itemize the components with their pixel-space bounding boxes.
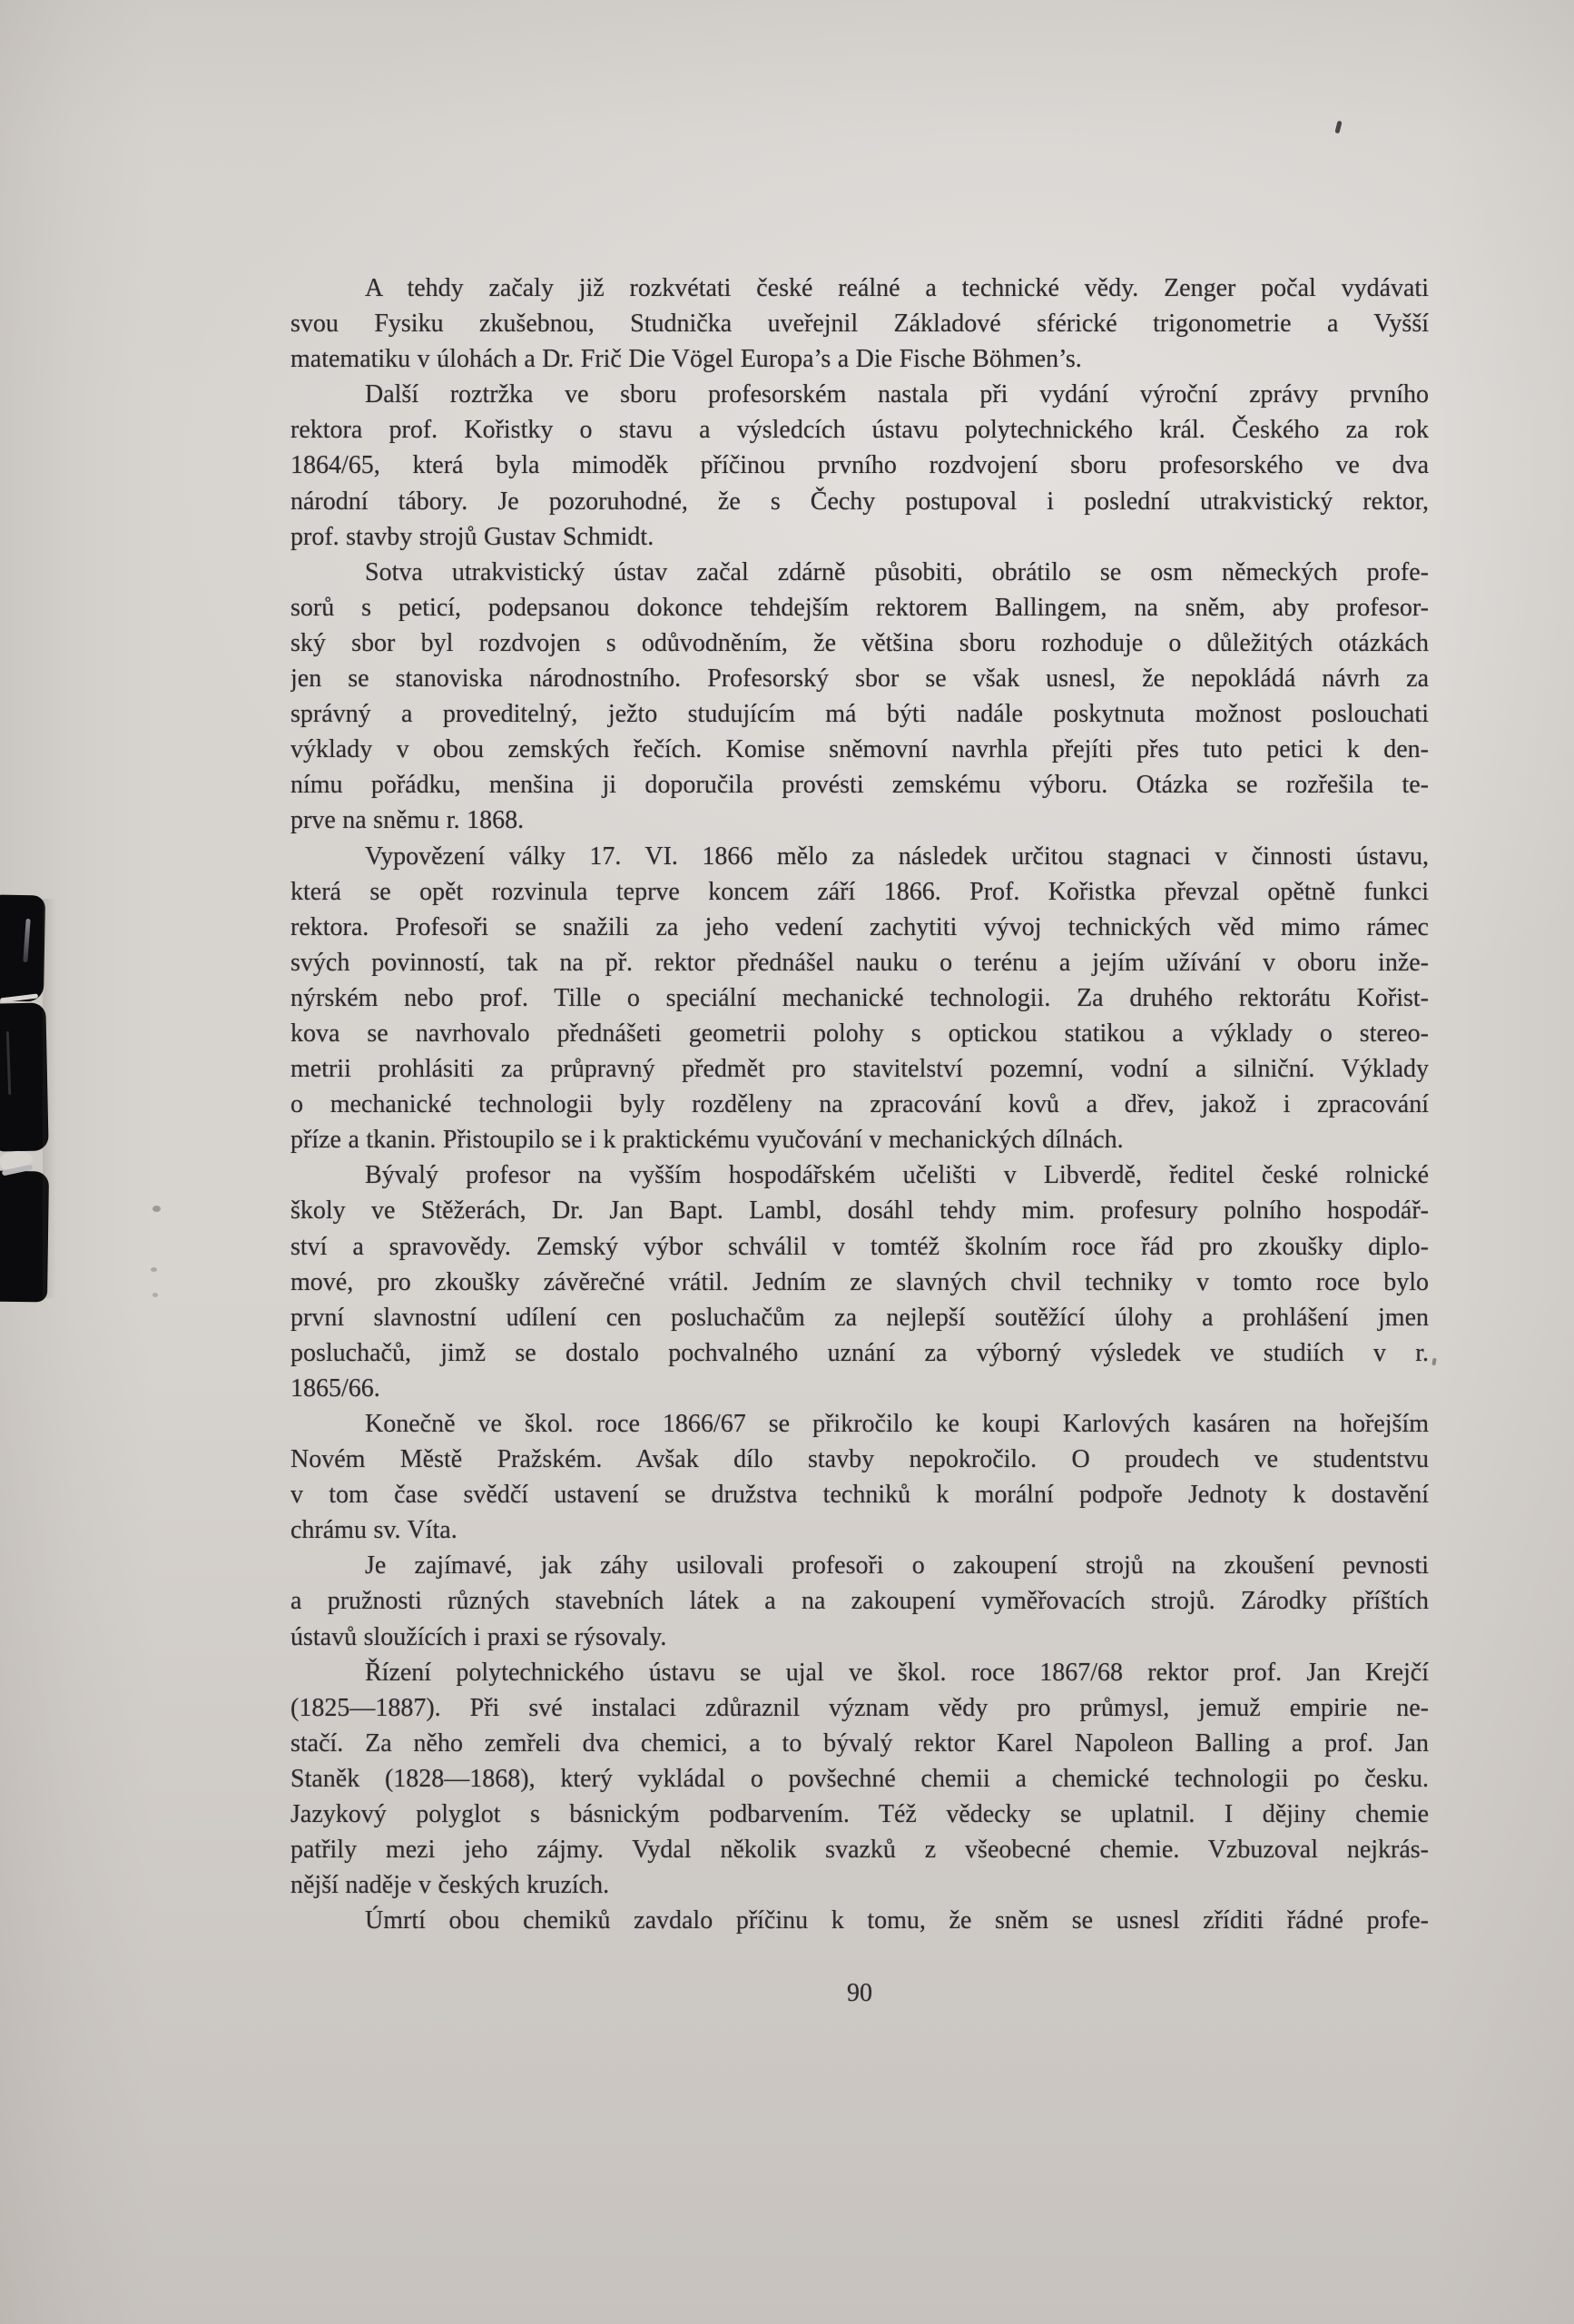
text-line: nější naděje v českých kruzích.	[290, 1867, 1429, 1903]
text-line: posluchačů, jimž se dostalo pochvalného …	[290, 1335, 1429, 1371]
text-line: patřily mezi jeho zájmy. Vydal několik s…	[290, 1832, 1429, 1867]
text-line: prve na sněmu r. 1868.	[290, 803, 1429, 838]
text-line: sorů s peticí, podepsanou dokonce tehdej…	[290, 590, 1429, 625]
ink-speck	[1431, 1358, 1436, 1366]
text-line: rektora. Profesoři se snažili za jeho ve…	[290, 910, 1429, 945]
book-page-photo: A tehdy začaly již rozkvétati české reál…	[0, 0, 1574, 2324]
text-line: nímu pořádku, menšina ji doporučila prov…	[290, 767, 1429, 803]
text-line: první slavnostní udílení cen posluchačům…	[290, 1300, 1429, 1335]
text-line: Úmrtí obou chemiků zavdalo příčinu k tom…	[290, 1903, 1429, 1938]
text-line: ský sbor byl rozdvojen s odůvodněním, že…	[290, 625, 1429, 661]
binder-clips	[0, 895, 56, 1304]
text-line: Je zajímavé, jak záhy usilovali profesoř…	[290, 1548, 1429, 1583]
page-number: 90	[290, 1975, 1429, 2011]
text-line: Další roztržka ve sboru profesorském nas…	[290, 377, 1429, 412]
text-line: jen se stanoviska národnostního. Profeso…	[290, 661, 1429, 696]
text-line: školy ve Stěžerách, Dr. Jan Bapt. Lambl,…	[290, 1193, 1429, 1228]
text-line: metrii prohlásiti za průpravný předmět p…	[290, 1051, 1429, 1087]
text-line: mové, pro zkoušky závěrečné vrátil. Jedn…	[290, 1265, 1429, 1300]
text-line: rektora prof. Kořistky o stavu a výsledc…	[290, 412, 1429, 448]
text-line: prof. stavby strojů Gustav Schmidt.	[290, 519, 1429, 555]
text-line: která se opět rozvinula teprve koncem zá…	[290, 874, 1429, 910]
text-line: Vypovězení války 17. VI. 1866 mělo za ná…	[290, 839, 1429, 874]
text-line: Řízení polytechnického ústavu se ujal ve…	[290, 1655, 1429, 1690]
paper-speck	[152, 1293, 158, 1297]
text-line: 1864/65, která byla mimoděk příčinou prv…	[290, 448, 1429, 483]
text-line: nýrském nebo prof. Tille o speciální mec…	[290, 980, 1429, 1016]
page-text-block: A tehdy začaly již rozkvétati české reál…	[290, 271, 1429, 1938]
text-line: ství a spravovědy. Zemský výbor schválil…	[290, 1229, 1429, 1265]
text-line: Novém Městě Pražském. Avšak dílo stavby …	[290, 1442, 1429, 1477]
paper-speck	[152, 1206, 161, 1212]
clip-shadow	[43, 899, 56, 1298]
text-line: svých povinností, tak na př. rektor před…	[290, 945, 1429, 980]
text-line: Konečně ve škol. roce 1866/67 se přikroč…	[290, 1406, 1429, 1442]
text-line: svou Fysiku zkušebnou, Studnička uveřejn…	[290, 306, 1429, 341]
binder-clip-bottom	[0, 1171, 49, 1303]
text-line: 1865/66.	[290, 1371, 1429, 1406]
text-line: výklady v obou zemských řečích. Komise s…	[290, 732, 1429, 767]
text-line: A tehdy začaly již rozkvétati české reál…	[290, 271, 1429, 306]
text-line: chrámu sv. Víta.	[290, 1512, 1429, 1548]
text-line: správný a proveditelný, ježto studujícím…	[290, 696, 1429, 732]
text-line: ústavů sloužících i praxi se rýsovaly.	[290, 1620, 1429, 1655]
text-line: matematiku v úlohách a Dr. Frič Die Vöge…	[290, 341, 1429, 377]
text-line: Jazykový polyglot s básnickým podbarvení…	[290, 1797, 1429, 1832]
binder-clip-top	[0, 895, 45, 1002]
text-line: a pružnosti různých stavebních látek a n…	[290, 1583, 1429, 1619]
text-line: Staněk (1828—1868), který vykládal o pov…	[290, 1761, 1429, 1797]
text-line: Sotva utrakvistický ústav začal zdárně p…	[290, 555, 1429, 590]
text-line: stačí. Za něho zemřeli dva chemici, a to…	[290, 1726, 1429, 1761]
text-line: kova se navrhovalo přednášeti geometrii …	[290, 1016, 1429, 1051]
photo-of-book-page: { "document": { "type": "scanned-book-pa…	[0, 0, 1574, 2324]
text-line: (1825—1887). Při své instalaci zdůraznil…	[290, 1690, 1429, 1726]
text-line: Bývalý profesor na vyšším hospodářském u…	[290, 1157, 1429, 1193]
text-line: o mechanické technologii byly rozděleny …	[290, 1087, 1429, 1122]
text-line: národní tábory. Je pozoruhodné, že s Čec…	[290, 484, 1429, 519]
ink-speck	[1334, 121, 1342, 134]
paper-speck	[151, 1267, 157, 1272]
text-line: v tom čase svědčí ustavení se družstva t…	[290, 1477, 1429, 1512]
text-line: příze a tkanin. Přistoupilo se i k prakt…	[290, 1122, 1429, 1157]
